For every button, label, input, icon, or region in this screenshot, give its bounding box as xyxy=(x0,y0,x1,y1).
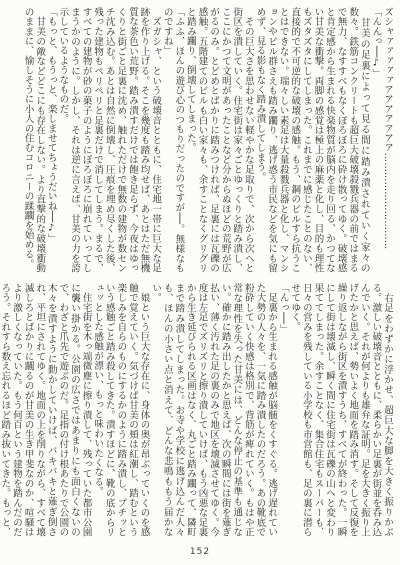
dialogue-line: 「もっと、もうっと、楽しませてちょうだいね──♪」 xyxy=(45,7,57,273)
narration-paragraph: 足裏から生まれる感触が脳髄をくすぐる。逃げ遅れていた大勢の人々を、一気に踏み潰し… xyxy=(150,283,278,537)
dialogue-line: 「んんっ──♪」 xyxy=(370,7,382,273)
top-text-block: ズシャァァァァァアアアアアアア………………………… 「んんっ──♪」 甘美の足裏… xyxy=(8,7,393,273)
narration-paragraph: 甘美の足裏によって見る間に踏み潰されていく家々の数々。鉄筋コンクリートも超巨大破… xyxy=(254,7,370,273)
narration-paragraph: 娘という巨大な存在に、身体の奥が昂ぶっていくのを感触で覚えていく。気づけば甘美の… xyxy=(92,283,150,537)
novel-page: ズシャァァァァァアアアアアアア………………………… 「んんっ──♪」 甘美の足裏… xyxy=(0,0,400,565)
dialogue-line: 「ふふ、ほんの遊び心のつもりだったのですが──。無様なものですね」 xyxy=(161,7,184,273)
narration-paragraph: その巨大さを思わせない軽やかな足取りで、次から次へと街区を潰していく。住宅街は家… xyxy=(184,7,254,273)
dialogue-line: 「んっ──」 xyxy=(277,283,289,537)
page-number: 152 xyxy=(0,547,400,557)
narration-paragraph: 甘美の敵などどこにも存在しない。より直撃的な破壊衝動のままに、愉しそうに小人の住… xyxy=(22,7,45,273)
narration-paragraph: ズガシャ、という破壊音とともに、住宅地一帯に巨大な足跡を作り上げる。そこを幾度も… xyxy=(57,7,161,273)
narration-paragraph: 右足をわずかに浮かせ、超巨大な脚を大きく振りかぶる。激しい破壊音とともに、柔らか… xyxy=(289,283,393,537)
narration-paragraph: 住宅街を木っ端微塵に擦り潰して、残っていた都市公園に襲い掛かる。公園の広さではあ… xyxy=(0,283,92,537)
sound-effect-line: ズシャァァァァァアアアアアアア………………………… xyxy=(381,7,393,273)
bottom-text-block: 右足をわずかに浮かせ、超巨大な脚を大きく振りかぶる。激しい破壊音とともに、柔らか… xyxy=(8,283,393,537)
